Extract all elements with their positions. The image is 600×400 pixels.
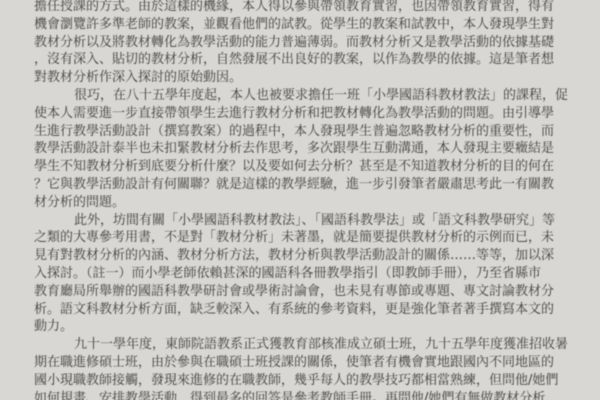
text-line: 析。語文科教材分析方面，缺乏較深入、有系統的參考資料，更是強化筆者著手撰寫本文的 [34,301,562,319]
text-line: 教材分析以及將教材轉化為教學活動的能力普遍薄弱。而教材分析又是教學活動的依據基礎 [34,34,562,52]
text-line: 教學活動設計泰半也未扣緊教材分析去作思考，多次跟學生互動溝通，本人發現主要癥結是 [34,140,562,158]
text-line: 動力。 [34,318,562,336]
text-line: 入探討。（註一）而小學老師依賴甚深的國語科各冊教學指引（即教師手冊），乃至省縣市 [34,265,562,283]
text-line: 九十一學年度，東師院語教系正式獲教育部核准成立碩士班，九十五學年度獲准招收暑 [34,336,562,354]
text-line: 此外，坊間有關「小學國語科教材教法」、「國語科教學法」或「語文科教學研究」等 [34,212,562,230]
text-line: 生進行教學活動設計（撰寫教案）的過程中，本人發現學生普遍忽略教材分析的重要性，而 [34,123,562,141]
text-line: 機會瀏覽許多準老師的教案，並觀看他們的試教。從學生的教案和試教中，本人發現學生對 [34,16,562,34]
text-line: ，沒有深入、貼切的教材分析，自然發展不出良好的教案，以作為教學的依據。這是筆者想 [34,51,562,69]
text-line: 材分析的問題。 [34,194,562,212]
text-line: 之類的大專參考用書，不是對「教材分析」未著墨，就是簡要提供教材分析的示例而已，未 [34,229,562,247]
text-line: 擔任授課的方式。由於這樣的機緣，本人得以參與帶領教育實習，也因帶領教育實習，得有 [34,0,562,16]
text-line: 很巧，在八十五學年度起，本人也被要求擔任一班「小學國語科教材教法」的課程，促 [34,87,562,105]
text-line: 教育廳局所舉辦的國語科教學研討會或學術討論會，也未見有專節或專題、專文討論教材分 [34,283,562,301]
text-line: 如何規畫、安排教學活動，得到最多的回答是參考教師手冊。再問他/她們有無做教材分析… [34,390,562,400]
scanned-document-page: 擔任授課的方式。由於這樣的機緣，本人得以參與帶領教育實習，也因帶領教育實習，得有… [0,0,600,400]
text-line: 期在職進修碩士班，由於參與在職碩士班授課的關係，使筆者有機會實地跟國內不同地區的 [34,354,562,372]
text-line: 見有對教材分析的內涵、教材分析方法，教材分析與教學活動設計的關係……等等，加以深 [34,247,562,265]
text-line: 國小現職教師接觸，發現來進修的在職教師，幾乎每人的教學技巧都相當熟練，但問他/她… [34,372,562,390]
text-line: 學生不知教材分析到底要分析什麼？以及要如何去分析？甚至是不知道教材分析的目的何在 [34,158,562,176]
text-line: 對教材分析作深入探討的原始動因。 [34,69,562,87]
text-line: ？它與教學活動設計有何關聯？就是這樣的教學經驗，進一步引發筆者嚴肅思考此一有關教 [34,176,562,194]
text-line: 使本人需要進一步直接帶領學生去進行教材分析和把教材轉化為教學活動的問題。由引導學 [34,105,562,123]
body-text-block: 擔任授課的方式。由於這樣的機緣，本人得以參與帶領教育實習，也因帶領教育實習，得有… [34,0,562,400]
